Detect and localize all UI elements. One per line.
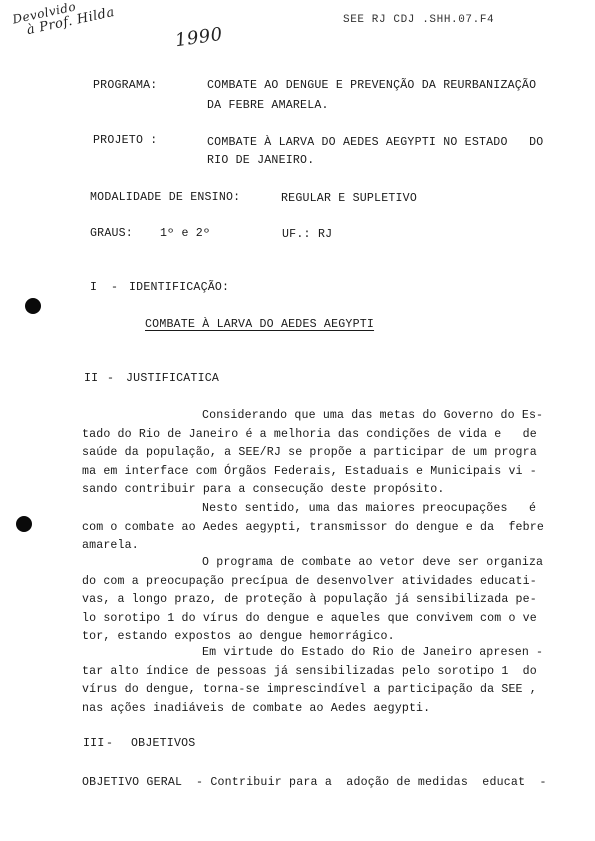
projeto-value-line2: RIO DE JANEIRO. — [207, 154, 314, 167]
section-number: III — [83, 737, 104, 750]
paragraph-line: tado do Rio de Janeiro é a melhoria das … — [82, 428, 537, 441]
paragraph-line: nas ações inadiáveis de combate ao Aedes… — [82, 702, 430, 715]
paragraph-line: tar alto índice de pessoas já sensibiliz… — [82, 665, 537, 678]
section-number: I — [90, 281, 97, 294]
paragraph-line: do com a preocupação precípua de desenvo… — [82, 575, 537, 588]
programa-label: PROGRAMA: — [93, 79, 157, 92]
graus-value: 1º e 2º — [160, 227, 210, 240]
paragraph-line: tor, estando expostos ao dengue hemorrág… — [82, 630, 395, 643]
modalidade-value: REGULAR E SUPLETIVO — [281, 192, 417, 205]
paragraph-line: vas, a longo prazo, de proteção à popula… — [82, 593, 537, 606]
uf-label: UF.: — [282, 228, 311, 241]
objetivo-geral-label: OBJETIVO GERAL — [82, 776, 182, 789]
hole-punch-mark — [25, 298, 41, 314]
section-dash: - — [111, 281, 118, 294]
paragraph-line: O programa de combate ao vetor deve ser … — [202, 556, 543, 569]
paragraph-line: sando contribuir para a consecução deste… — [82, 483, 444, 496]
graus-label: GRAUS: — [90, 227, 133, 240]
section-title: OBJETIVOS — [131, 737, 195, 750]
section-subtitle: COMBATE À LARVA DO AEDES AEGYPTI — [145, 318, 374, 331]
paragraph-line: vírus do dengue, torna-se imprescindível… — [82, 683, 537, 696]
section-title: IDENTIFICAÇÃO: — [129, 281, 229, 294]
projeto-label: PROJETO : — [93, 134, 157, 147]
paragraph-line: ma em interface com Órgãos Federais, Est… — [82, 465, 537, 478]
section-title: JUSTIFICATICA — [126, 372, 219, 385]
hole-punch-mark — [16, 516, 32, 532]
archive-code: SEE RJ CDJ .SHH.07.F4 — [343, 14, 494, 26]
uf-value: RJ — [318, 228, 332, 241]
paragraph-line: saúde da população, a SEE/RJ se propõe a… — [82, 446, 537, 459]
programa-value-line1: COMBATE AO DENGUE E PREVENÇÃO DA REURBAN… — [207, 79, 536, 92]
paragraph-line: Nesto sentido, uma das maiores preocupaç… — [202, 502, 536, 515]
projeto-value-line1: COMBATE À LARVA DO AEDES AEGYPTI NO ESTA… — [207, 136, 543, 149]
paragraph-line: lo sorotipo 1 do vírus do dengue e aquel… — [82, 612, 537, 625]
objetivo-geral-text: - Contribuir para a adoção de medidas ed… — [196, 776, 547, 789]
paragraph-line: Considerando que uma das metas do Govern… — [202, 409, 543, 422]
programa-value-line2: DA FEBRE AMARELA. — [207, 99, 329, 112]
section-number: II — [84, 372, 98, 385]
section-dash: - — [106, 737, 113, 750]
paragraph-line: amarela. — [82, 539, 139, 552]
paragraph-line: Em virtude do Estado do Rio de Janeiro a… — [202, 646, 543, 659]
handwritten-year: 1990 — [174, 24, 224, 51]
section-dash: - — [107, 372, 114, 385]
modalidade-label: MODALIDADE DE ENSINO: — [90, 191, 240, 204]
paragraph-line: com o combate ao Aedes aegypti, transmis… — [82, 521, 544, 534]
